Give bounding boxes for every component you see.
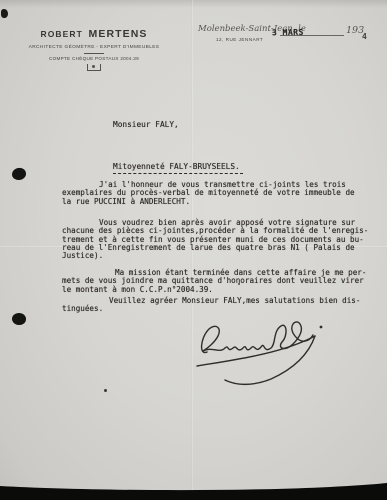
- dust-speck: [238, 283, 240, 285]
- letterhead-name: Robert MERTENS: [24, 24, 164, 42]
- letterhead-name-last: MERTENS: [89, 28, 148, 40]
- subject-line: Mitoyenneté FALY-BRUYSEELS.: [113, 162, 243, 174]
- dateline-street: 12, RUE JENNART: [216, 37, 263, 42]
- punch-hole-bottom: [11, 312, 26, 325]
- body-line: le montant à mon C.C.P.n°2004.39.: [62, 286, 374, 294]
- paragraph-1: J'ai l'honneur de vous transmettre ci-jo…: [62, 181, 374, 206]
- letterhead-profession: ARCHITECTE GÉOMÈTRE - EXPERT D'IMMEUBLES: [24, 45, 164, 50]
- paragraph-2: Vous voudrez bien après avoir apposé vot…: [62, 219, 374, 260]
- letterhead: Robert MERTENS ARCHITECTE GÉOMÈTRE - EXP…: [24, 24, 164, 71]
- dateline: Molenbeek-Saint-Jean, le 3 MARS 193 4 12…: [196, 22, 376, 52]
- letterhead-account: COMPTE CHÈQUE POSTAUX 2004.39: [24, 56, 164, 61]
- scanned-letter: Robert MERTENS ARCHITECTE GÉOMÈTRE - EXP…: [0, 0, 387, 500]
- letterhead-ornament-icon: [87, 64, 101, 71]
- dateline-year-typed: 4: [362, 32, 367, 41]
- corner-ink-mark: [1, 9, 8, 18]
- signature-scribble: [185, 310, 345, 390]
- dust-speck: [104, 389, 107, 392]
- body-line: Veuillez agréer Monsieur FALY,mes saluta…: [62, 297, 374, 305]
- body-line: Justice).: [62, 252, 374, 260]
- punch-hole-top: [11, 167, 27, 181]
- body-line: la rue PUCCINI à ANDERLECHT.: [62, 198, 374, 206]
- scanner-edge: [0, 478, 387, 500]
- body-line: reau de l'Enregistrement de larue des qu…: [62, 244, 374, 252]
- letterhead-rule: [84, 53, 104, 54]
- paragraph-3: Ma mission étant terminée dans cette aff…: [62, 269, 374, 294]
- letterhead-name-first: Robert: [40, 29, 83, 39]
- dateline-day-month: 3 MARS: [272, 28, 304, 38]
- salutation: Monsieur FALY,: [113, 120, 179, 129]
